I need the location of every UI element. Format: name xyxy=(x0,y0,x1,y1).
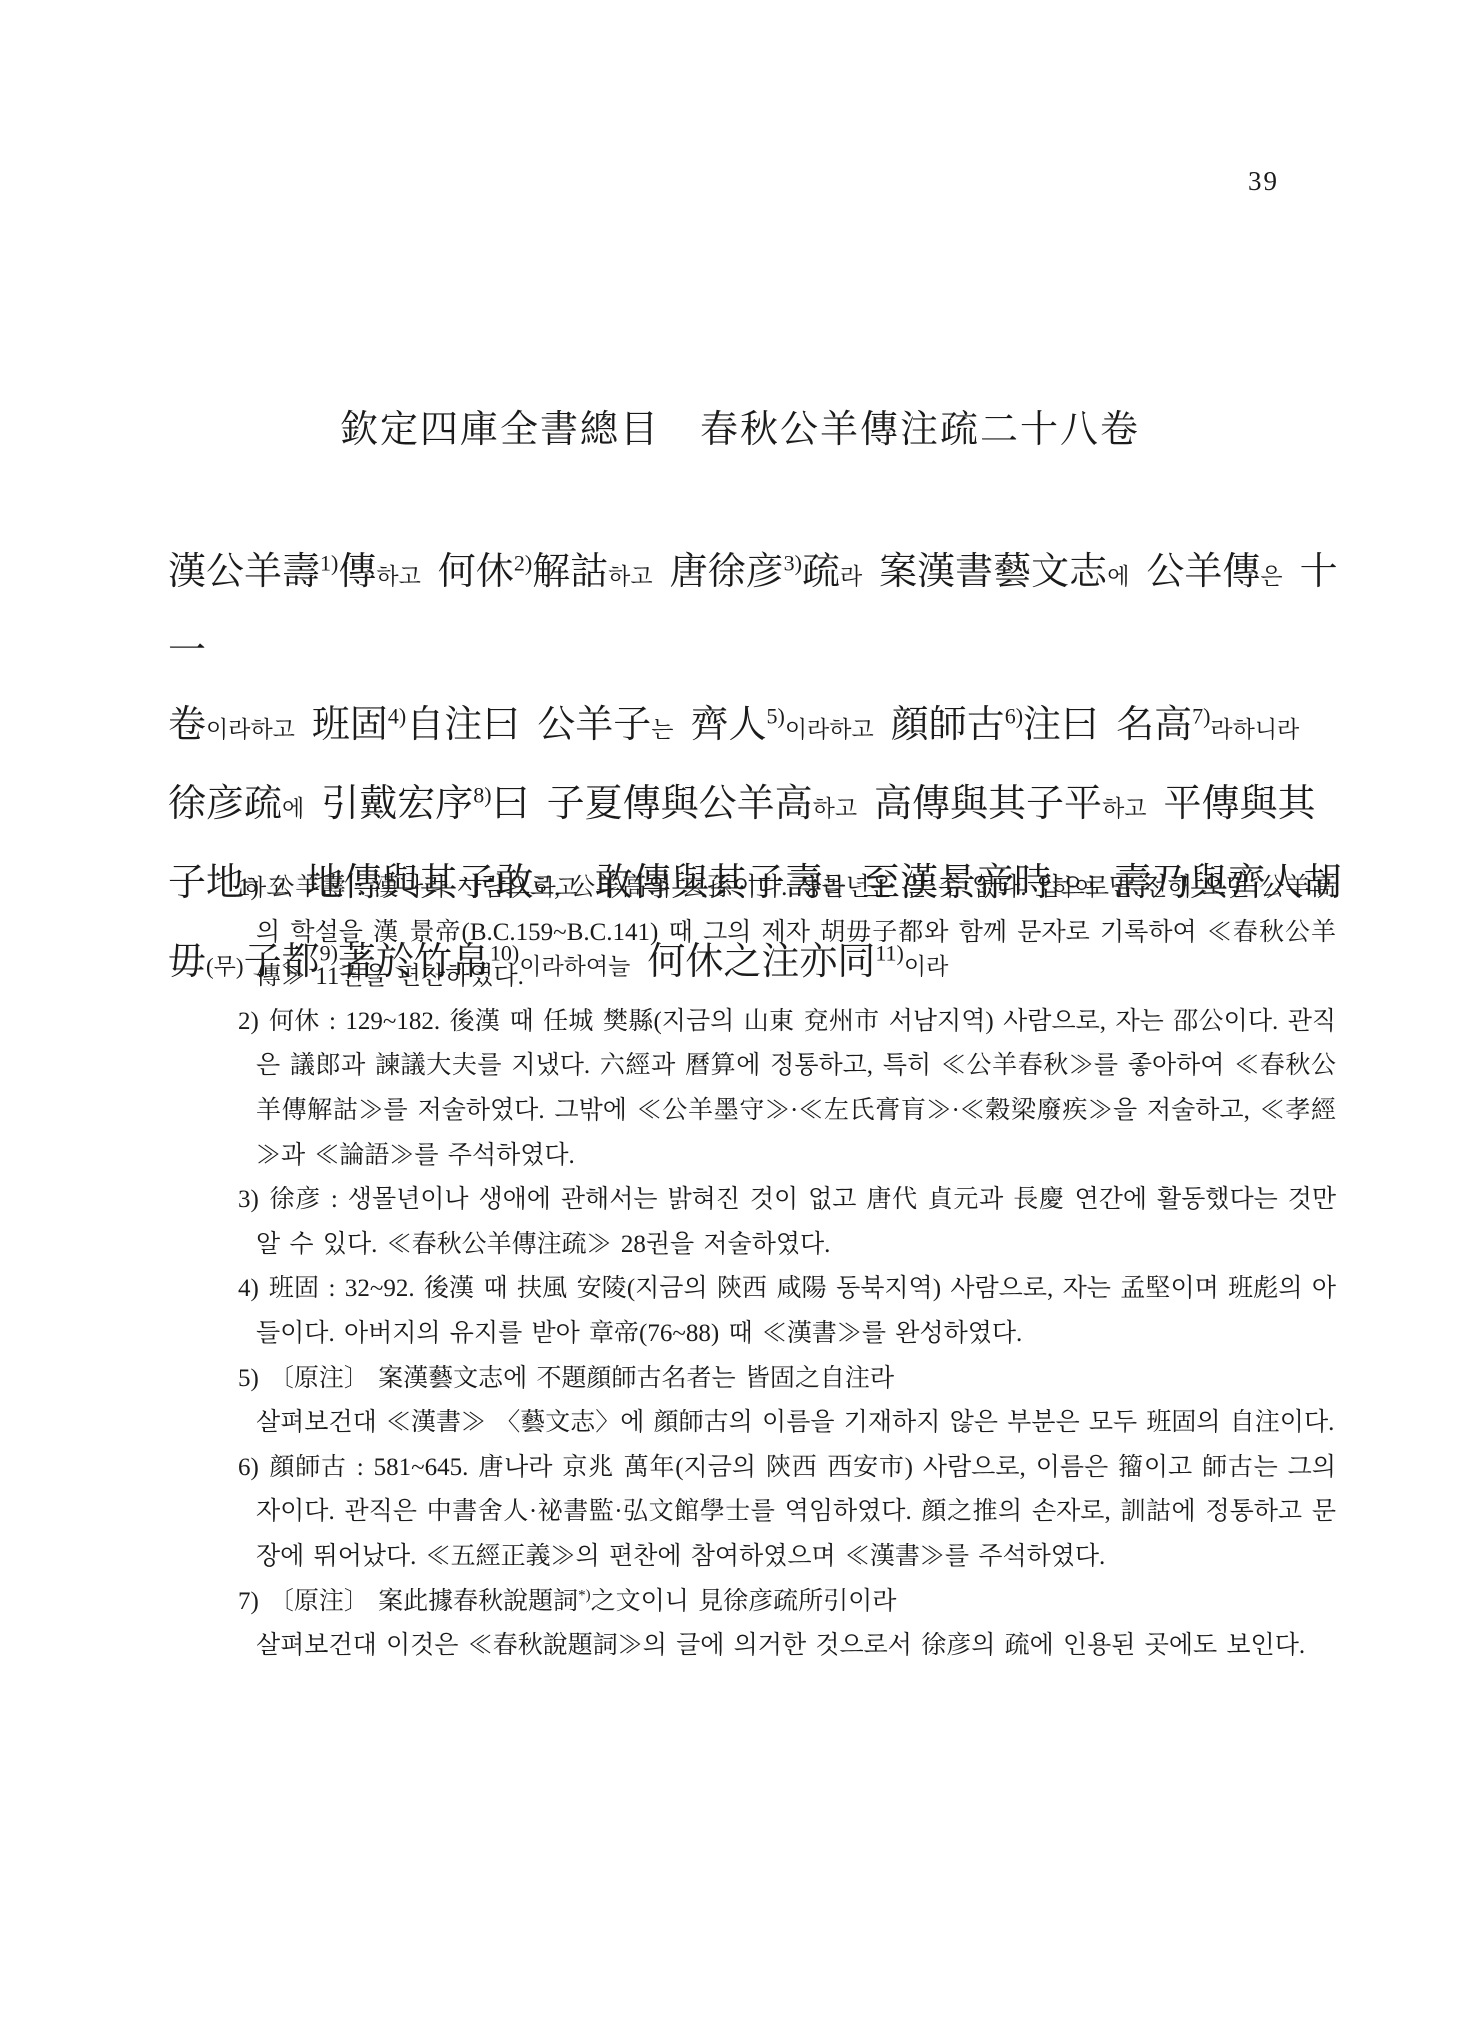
footnote-paragraph: 2)何休 : 129~182. 後漢 때 任城 樊縣(지금의 山東 兗州市 서남… xyxy=(238,1000,1336,1178)
hanja-run: 高傳與其子平 xyxy=(874,783,1102,825)
page-number: 39 xyxy=(1248,166,1279,197)
footnote-text: 顔師古 : 581~645. 唐나라 京兆 萬年(지금의 陝西 西安市) 사람으… xyxy=(256,1454,1336,1570)
hangul-particle: 라하니라 xyxy=(1210,717,1299,742)
hanja-run: 何休 xyxy=(438,551,514,593)
footnote-text: 班固 : 32~92. 後漢 때 扶風 安陵(지금의 陝西 咸陽 동북지역) 사… xyxy=(256,1275,1336,1347)
hangul-particle: 에 xyxy=(282,796,304,821)
footnote-marker: 6) xyxy=(238,1454,269,1481)
footnote-text: 살펴보건대 ≪漢書≫ 〈藝文志〉에 顔師古의 이름을 기재하지 않은 부분은 모… xyxy=(256,1409,1334,1436)
original-note-ref: *) xyxy=(578,1587,591,1603)
hanja-run: 疏 xyxy=(802,551,840,593)
hanja-run: 毋 xyxy=(168,941,206,983)
footnote-ref: 4) xyxy=(388,703,406,728)
footnote-item: 7)〔原注〕 案此據春秋說題詞*)之文이니 見徐彦疏所引이라살펴보건대 이것은 … xyxy=(238,1580,1336,1669)
hangul-particle: 하고 xyxy=(1102,796,1146,821)
hangul-particle: 에 xyxy=(1107,564,1129,589)
footnote-item: 1)公羊壽 : 漢나라 사람으로, 公羊高의 玄孫이다. 생몰년은 알 수 없다… xyxy=(238,866,1336,1000)
footnote-ref: 6) xyxy=(1005,703,1023,728)
hanja-run: 自注曰 xyxy=(406,704,520,746)
hanja-run: 徐彦疏 xyxy=(168,783,282,825)
hangul-particle: 하고 xyxy=(376,564,420,589)
footnote-marker: 3) xyxy=(238,1186,269,1213)
hangul-particle: 라 xyxy=(840,564,862,589)
footnote-item: 5)〔原注〕 案漢藝文志에 不題顔師古名者는 皆固之自注라살펴보건대 ≪漢書≫ … xyxy=(238,1357,1336,1446)
hanja-run: 公羊子 xyxy=(537,704,651,746)
hanja-run: 公羊傳 xyxy=(1146,551,1260,593)
footnote-paragraph: 1)公羊壽 : 漢나라 사람으로, 公羊高의 玄孫이다. 생몰년은 알 수 없다… xyxy=(238,866,1336,1000)
hanja-run: 子夏傳與公羊高 xyxy=(547,783,813,825)
hangul-particle: 은 xyxy=(1260,564,1282,589)
footnote-paragraph: 3)徐彦 : 생몰년이나 생애에 관해서는 밝혀진 것이 없고 唐代 貞元과 長… xyxy=(238,1178,1336,1267)
hanja-run: 曰 xyxy=(492,783,530,825)
footnote-ref: 2) xyxy=(514,550,532,575)
hanja-run: 齊人 xyxy=(690,704,766,746)
footnote-text: 公羊壽 : 漢나라 사람으로, 公羊高의 玄孫이다. 생몰년은 알 수 없다. … xyxy=(256,874,1336,990)
footnote-paragraph: 살펴보건대 ≪漢書≫ 〈藝文志〉에 顔師古의 이름을 기재하지 않은 부분은 모… xyxy=(238,1401,1336,1446)
hanja-run: 唐徐彦 xyxy=(670,551,784,593)
document-page: 39 欽定四庫全書總目 春秋公羊傳注疏二十八卷 漢公羊壽1)傳하고何休2)解詁하… xyxy=(0,0,1480,2024)
hanja-run: 顔師古 xyxy=(891,704,1005,746)
hanja-run: 漢公羊壽 xyxy=(168,551,320,593)
footnote-item: 6)顔師古 : 581~645. 唐나라 京兆 萬年(지금의 陝西 西安市) 사… xyxy=(238,1446,1336,1580)
footnote-item: 3)徐彦 : 생몰년이나 생애에 관해서는 밝혀진 것이 없고 唐代 貞元과 長… xyxy=(238,1178,1336,1267)
footnote-ref: 8) xyxy=(473,782,491,807)
hanja-run: 引戴宏序 xyxy=(321,783,473,825)
hanja-run: 解詁 xyxy=(532,551,608,593)
hanja-run: 班固 xyxy=(312,704,388,746)
footnote-text: 何休 : 129~182. 後漢 때 任城 樊縣(지금의 山東 兗州市 서남지역… xyxy=(256,1008,1336,1169)
footnote-text: 〔原注〕 案此據春秋說題詞 xyxy=(269,1588,578,1615)
footnote-marker: 5) xyxy=(238,1365,269,1392)
hangul-particle: 하고 xyxy=(608,564,652,589)
hangul-particle: 하고 xyxy=(813,796,857,821)
footnote-text: 살펴보건대 이것은 ≪春秋說題詞≫의 글에 의거한 것으로서 徐彦의 疏에 인용… xyxy=(256,1632,1305,1659)
hanja-run: 注曰 xyxy=(1023,704,1099,746)
footnotes-section: 1)公羊壽 : 漢나라 사람으로, 公羊高의 玄孫이다. 생몰년은 알 수 없다… xyxy=(238,866,1336,1669)
footnote-marker: 2) xyxy=(238,1008,269,1035)
hangul-particle: 이라하고 xyxy=(206,717,295,742)
footnote-paragraph: 5)〔原注〕 案漢藝文志에 不題顔師古名者는 皆固之自注라 xyxy=(238,1357,1336,1402)
footnote-paragraph: 살펴보건대 이것은 ≪春秋說題詞≫의 글에 의거한 것으로서 徐彦의 疏에 인용… xyxy=(238,1624,1336,1669)
footnote-text: 〔原注〕 案漢藝文志에 不題顔師古名者는 皆固之自注라 xyxy=(269,1365,894,1392)
footnote-paragraph: 4)班固 : 32~92. 後漢 때 扶風 安陵(지금의 陝西 咸陽 동북지역)… xyxy=(238,1267,1336,1356)
footnote-ref: 1) xyxy=(320,550,338,575)
hanja-run: 傳 xyxy=(338,551,376,593)
hanja-run: 名高 xyxy=(1116,704,1192,746)
hanja-run: 平傳與其 xyxy=(1164,783,1316,825)
footnote-paragraph: 6)顔師古 : 581~645. 唐나라 京兆 萬年(지금의 陝西 西安市) 사… xyxy=(238,1446,1336,1580)
document-title: 欽定四庫全書總目 春秋公羊傳注疏二十八卷 xyxy=(0,398,1480,453)
footnote-marker: 1) xyxy=(238,874,269,901)
footnote-paragraph: 7)〔原注〕 案此據春秋說題詞*)之文이니 見徐彦疏所引이라 xyxy=(238,1580,1336,1625)
footnote-item: 2)何休 : 129~182. 後漢 때 任城 樊縣(지금의 山東 兗州市 서남… xyxy=(238,1000,1336,1178)
footnote-marker: 4) xyxy=(238,1275,269,1302)
hanja-run: 子地 xyxy=(168,862,244,904)
footnote-text: 徐彦 : 생몰년이나 생애에 관해서는 밝혀진 것이 없고 唐代 貞元과 長慶 … xyxy=(256,1186,1336,1258)
footnote-text: 之文이니 見徐彦疏所引이라 xyxy=(591,1588,897,1615)
hangul-particle: 는 xyxy=(651,717,673,742)
hangul-particle: 이라하고 xyxy=(785,717,874,742)
footnote-ref: 3) xyxy=(784,550,802,575)
footnote-ref: 7) xyxy=(1192,703,1210,728)
footnote-marker: 7) xyxy=(238,1588,269,1615)
footnote-item: 4)班固 : 32~92. 後漢 때 扶風 安陵(지금의 陝西 咸陽 동북지역)… xyxy=(238,1267,1336,1356)
hanja-run: 案漢書藝文志 xyxy=(879,551,1107,593)
hanja-run: 卷 xyxy=(168,704,206,746)
footnote-ref: 5) xyxy=(767,703,785,728)
